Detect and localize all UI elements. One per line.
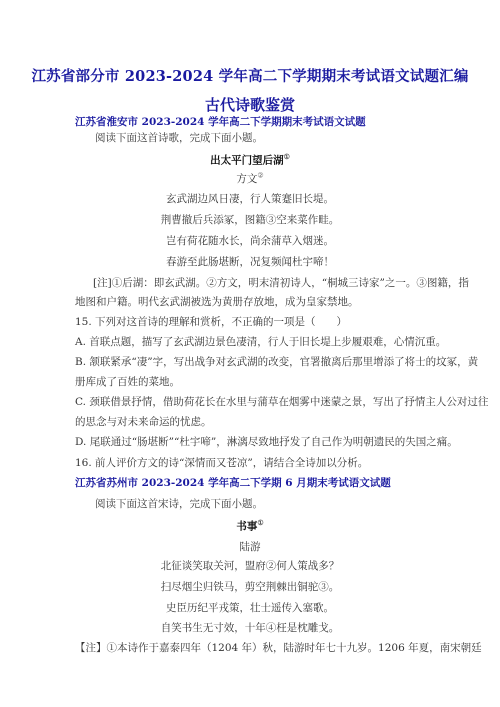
poem-author: 陆游 [0,539,500,554]
instruction: 阅读下面这首诗歌，完成下面小题。 [95,130,263,145]
poem-title: 出太平门望后湖① [0,152,500,168]
poem-line: 扫尽烟尘归铁马，剪空荆棘出铜驼③。 [0,579,500,594]
section-source: 江苏省淮安市 2023-2024 学年高二下学期期末考试语文试题 [75,114,366,129]
poem-line: 史臣历纪平戎策，壮士遥传入塞歌。 [0,600,500,615]
footnote-mark: ① [284,152,290,161]
annotation-line: 【注】①本诗作于嘉泰四年（1204 年）秋，陆游时年七十九岁。1206 年夏，南… [75,640,482,655]
annotation-line: 地图和户籍。明代玄武湖被选为黄册存放地，成为皇家禁地。 [75,294,359,309]
question-16: 16. 前人评价方文的诗“深情而又苍凉”，请结合全诗加以分析。 [75,455,368,470]
question-15: 15. 下列对这首诗的理解和赏析，不正确的一项是（ ） [75,314,347,329]
option-b: B. 颔联紧承“凄”字，写出战争对玄武湖的改变，官署撤离后那里增添了将士的坟冢，… [75,354,478,369]
poem-line: 荆曹撤后兵添冢，图籍③空来菜作畦。 [0,212,500,227]
poem-title-text: 出太平门望后湖 [210,155,284,167]
document-title: 江苏省部分市 2023-2024 学年高二下学期期末考试语文试题汇编 [0,65,500,86]
poem-title: 书事① [0,518,500,534]
section-source: 江苏省苏州市 2023-2024 学年高二下学期 6 月期末考试语文试题 [75,475,391,490]
footnote-mark: ① [257,518,263,527]
document-page: 江苏省部分市 2023-2024 学年高二下学期期末考试语文试题汇编 古代诗歌鉴… [0,0,500,707]
poem-line: 玄武湖边风日凄，行人策蹇旧长堤。 [0,191,500,206]
option-c: C. 颈联借景抒情，借助荷花长在水里与蒲草在烟雾中迷蒙之景，写出了抒情主人公对过… [75,394,488,409]
poem-line: 岂有荷花随水长，尚余蒲草入烟迷。 [0,233,500,248]
poem-line: 自笑书生无寸效，十年④枉是枕雕戈。 [0,620,500,635]
poem-title-text: 书事 [236,521,257,533]
annotation-line: [注]①后湖：即玄武湖。②方文，明末清初诗人，“桐城三诗家”之一。③图籍，指 [93,275,469,290]
option-b-cont: 册库成了百姓的菜地。 [75,374,180,389]
document-subtitle: 古代诗歌鉴赏 [0,94,500,115]
poem-line: 春游至此肠堪断，况复频闻杜宇啼！ [0,254,500,269]
instruction: 阅读下面这首宋诗，完成下面小题。 [95,496,263,511]
author-text: 方文 [236,173,257,185]
poem-author: 方文② [0,171,500,186]
option-d: D. 尾联通过“肠堪断”“杜宇啼”，淋漓尽致地抒发了自己作为明朝遗民的失国之痛。 [75,434,458,449]
footnote-mark: ② [257,172,263,180]
option-c-cont: 的思念与对未来命运的忧虑。 [75,414,212,429]
poem-line: 北征谈笑取关河，盟府②何人策战多？ [0,558,500,573]
option-a: A. 首联点题，描写了玄武湖边景色凄清，行人于旧长堤上步履艰难，心情沉重。 [75,334,446,349]
